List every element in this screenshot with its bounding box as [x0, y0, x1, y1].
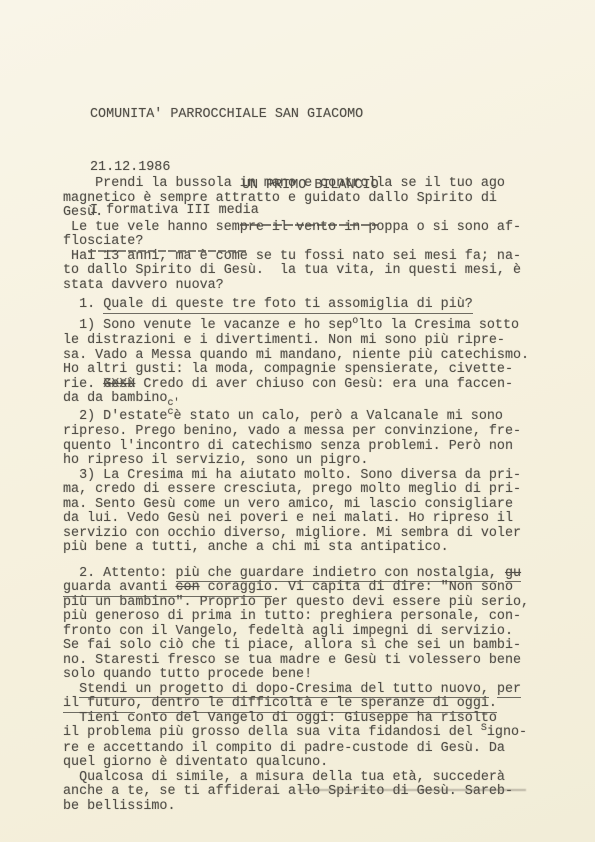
body-line: flosciate? — [63, 235, 529, 250]
body-line: guarda avanti con coraggio. Vi capita di… — [63, 581, 529, 596]
text-segment: 3) La Cresima mi ha aiutato molto. Sono … — [63, 468, 521, 483]
text-segment: più bene a tutti, anche a chi mi sta ant… — [63, 540, 449, 555]
text-segment: , — [135, 696, 151, 711]
text-segment: stata davvero nuova? — [63, 278, 224, 293]
text-segment: più generoso di prima in tutto: preghier… — [63, 609, 521, 624]
text-segment: magnetico è sempre attratto e guidato da… — [63, 191, 497, 206]
body-line: da da bambinoc' — [63, 392, 529, 408]
text-segment: Le tue vele hanno sempre il vento in pop… — [63, 220, 521, 235]
text-segment: Se fai solo ciò che ti piace, allora sì … — [63, 638, 521, 653]
text-segment: rie. — [63, 377, 103, 392]
body-line: Prendi la bussola in mano e controlla se… — [63, 177, 529, 192]
body-line: più generoso di prima in tutto: preghier… — [63, 610, 529, 625]
body-line: ma. Sento Gesù come un vero amico, mi la… — [63, 498, 529, 513]
body-line: rie. GesùXXXX Credo di aver chiuso con G… — [63, 378, 529, 393]
text-segment — [489, 682, 497, 697]
body-line: il problema più grosso della sua vita fi… — [63, 726, 529, 742]
text-segment: Qualcosa di simile, a misura della tua e… — [63, 770, 505, 785]
text-segment: GesùXXXX — [103, 378, 135, 393]
text-segment: 2. Attento: — [63, 566, 176, 581]
body-line: ho ripreso il servizio, sono un pigro. — [63, 454, 529, 469]
text-segment: igno- — [487, 725, 527, 740]
text-segment: be bellissimo. — [63, 799, 176, 814]
body-line: Ho altri gusti: la moda, compagnie spens… — [63, 363, 529, 378]
text-segment: per — [497, 682, 521, 699]
text-segment — [63, 682, 79, 697]
body-line: ma, credo di essere cresciuta, prego mol… — [63, 483, 529, 498]
body-line: solo quando tutto procede bene! — [63, 668, 529, 683]
body-line: servizio con occhio diverso, migliore. M… — [63, 527, 529, 542]
text-segment: solo quando tutto procede bene! — [63, 667, 312, 682]
body-line: più un bambino". Proprio per questo devi… — [63, 596, 529, 611]
text-segment: sa. Vado a Messa quando mi mandano, nien… — [63, 348, 529, 363]
body-line: ripreso. Prego benino, vado a messa per … — [63, 425, 529, 440]
body-line: fronto con il Vangelo, fedeltà agli impe… — [63, 625, 529, 640]
text-segment: ho ripreso il servizio, sono un pigro. — [63, 453, 368, 468]
text-segment: 1) Sono venute le vacanze e ho sep — [63, 318, 352, 333]
text-segment: ma. Sento Gesù come un vero amico, mi la… — [63, 497, 513, 512]
text-segment: to dallo Spirito di Gesù. la tua vita, i… — [63, 263, 521, 278]
text-segment: Gesù. — [63, 205, 103, 220]
body-line: no. Staresti fresco se tua madre e Gesù … — [63, 654, 529, 669]
text-segment: le distrazioni e i divertimenti. Non mi … — [63, 333, 505, 348]
body-line: stata davvero nuova? — [63, 279, 529, 294]
text-segment: anche a te, se ti affiderai allo Spirito… — [63, 784, 513, 799]
text-segment: Credo di aver chiuso con Gesù: era una f… — [135, 377, 513, 392]
body-line: 1. Quale di queste tre foto ti assomigli… — [63, 298, 529, 313]
text-segment: da da bambino — [63, 391, 167, 406]
body-line: Gesù. — [63, 206, 529, 221]
text-segment: quel giorno è diventato qualcuno. — [63, 755, 328, 770]
text-segment: servizio con occhio diverso, migliore. M… — [63, 526, 521, 541]
text-segment: no. Staresti fresco se tua madre e Gesù … — [63, 653, 521, 668]
text-segment: Hai 13 anni, ma è come se tu fossi nato … — [63, 249, 521, 264]
document-body: Prendi la bussola in mano e controlla se… — [63, 177, 529, 814]
text-segment: fronto con il Vangelo, fedeltà agli impe… — [63, 624, 513, 639]
body-line: to dallo Spirito di Gesù. la tua vita, i… — [63, 264, 529, 279]
body-line: quento l'incontro di catechismo senza pr… — [63, 440, 529, 455]
body-line: 2) D'estatecè stato un calo, però a Valc… — [63, 410, 529, 426]
text-segment: lto la Cresima sotto — [358, 318, 519, 333]
body-line: il futuro, dentro le difficoltà e le spe… — [63, 697, 529, 712]
body-line: più bene a tutti, anche a chi mi sta ant… — [63, 541, 529, 556]
text-segment: da lui. Vedo Gesù nei poveri e nei malat… — [63, 511, 513, 526]
text-segment: ma, credo di essere cresciuta, prego mol… — [63, 482, 521, 497]
body-line: re e accettando il compito di padre-cust… — [63, 742, 529, 757]
text-segment: re e accettando il compito di padre-cust… — [63, 741, 505, 756]
body-line: quel giorno è diventato qualcuno. — [63, 756, 529, 771]
body-line: anche a te, se ti affiderai allo Spirito… — [63, 785, 529, 800]
text-segment: Ho altri gusti: la moda, compagnie spens… — [63, 362, 513, 377]
body-line: Qualcosa di simile, a misura della tua e… — [63, 771, 529, 786]
body-line: Tieni conto del Vangelo di oggi: Giusepp… — [63, 712, 529, 727]
text-segment: S — [481, 723, 487, 734]
body-line: Hai 13 anni, ma è come se tu fossi nato … — [63, 250, 529, 265]
text-segment — [497, 566, 505, 581]
text-segment: più un bambino". Proprio per questo devi… — [63, 595, 529, 610]
body-line: 3) La Cresima mi ha aiutato molto. Sono … — [63, 469, 529, 484]
text-segment: Tieni conto del Vangelo di oggi: Giusepp… — [63, 711, 497, 726]
text-segment: Quale di queste tre foto ti assomiglia d… — [103, 297, 473, 314]
body-line: Stendi un progetto di dopo-Cresima del t… — [63, 683, 529, 698]
text-segment: 2) D'estate — [63, 409, 167, 424]
text-segment: o — [352, 316, 358, 327]
body-line: sa. Vado a Messa quando mi mandano, nien… — [63, 349, 529, 364]
body-line: Le tue vele hanno sempre il vento in pop… — [63, 221, 529, 236]
scan-artifact-line — [298, 789, 526, 791]
body-line: Se fai solo ciò che ti piace, allora sì … — [63, 639, 529, 654]
text-segment: . Vi capita di dire: "Non sono — [272, 580, 513, 595]
scanned-document-page: COMUNITA' PARROCCHIALE SAN GIACOMO 21.12… — [0, 0, 595, 842]
overstrike-characters: XXXX — [103, 378, 135, 393]
text-segment: flosciate? — [63, 234, 143, 249]
body-line: le distrazioni e i divertimenti. Non mi … — [63, 334, 529, 349]
text-segment: 1. — [63, 297, 103, 312]
text-segment: Prendi la bussola in mano e controlla se… — [63, 176, 505, 191]
body-line: 2. Attento: più che guardare indietro co… — [63, 567, 529, 582]
body-line: magnetico è sempre attratto e guidato da… — [63, 192, 529, 207]
body-line: da lui. Vedo Gesù nei poveri e nei malat… — [63, 512, 529, 527]
text-segment: è stato un calo, però a Valcanale mi son… — [173, 409, 502, 424]
text-segment: quento l'incontro di catechismo senza pr… — [63, 439, 513, 454]
text-segment: c — [167, 407, 173, 418]
text-segment: ripreso. Prego benino, vado a messa per … — [63, 424, 521, 439]
body-line: 1) Sono venute le vacanze e ho sepolto l… — [63, 319, 529, 335]
organization-name: COMUNITA' PARROCCHIALE SAN GIACOMO — [90, 108, 363, 123]
body-line: be bellissimo. — [63, 800, 529, 815]
text-segment: il problema più grosso della sua vita fi… — [63, 725, 481, 740]
